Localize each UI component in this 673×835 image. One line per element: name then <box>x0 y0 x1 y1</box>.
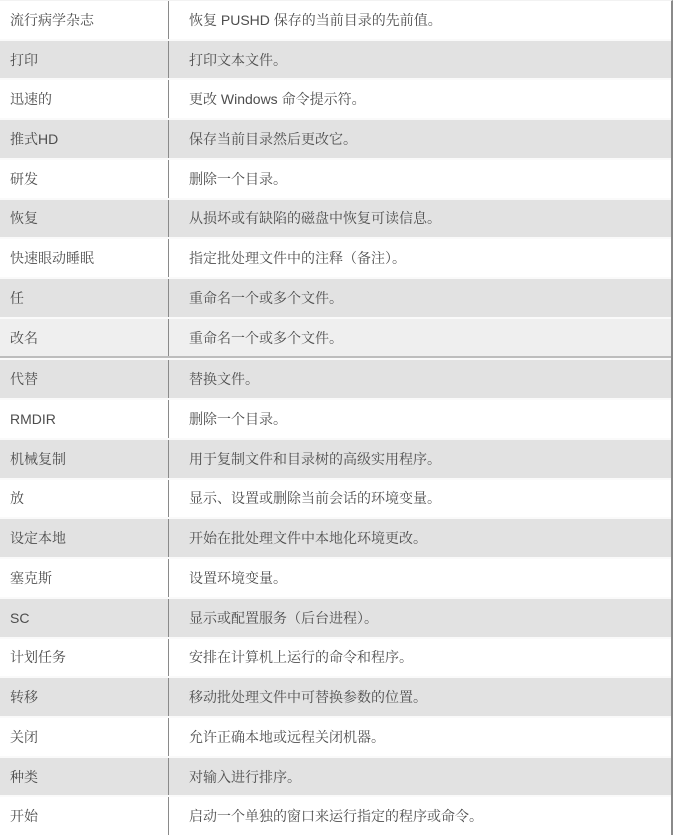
command-label: 开始 <box>10 806 38 826</box>
description-cell: 保存当前目录然后更改它。 <box>169 120 671 158</box>
description-label: 恢复 PUSHD 保存的当前目录的先前值。 <box>189 10 442 30</box>
description-label: 打印文本文件。 <box>189 50 287 70</box>
command-label: 设定本地 <box>10 528 66 548</box>
description-cell: 重命名一个或多个文件。 <box>169 319 671 357</box>
command-cell: 关闭 <box>0 718 169 756</box>
description-label: 显示或配置服务（后台进程）。 <box>189 608 378 628</box>
description-cell: 移动批处理文件中可替换参数的位置。 <box>169 678 671 716</box>
command-cell: 打印 <box>0 41 169 79</box>
table-row[interactable]: 种类 对输入进行排序。 <box>0 756 671 796</box>
description-label: 更改 Windows 命令提示符。 <box>189 89 366 109</box>
command-cell: 设定本地 <box>0 519 169 557</box>
command-label: 转移 <box>10 687 38 707</box>
table-row[interactable]: RMDIR 删除一个目录。 <box>0 398 671 438</box>
description-cell: 设置环境变量。 <box>169 559 671 597</box>
description-label: 设置环境变量。 <box>189 568 287 588</box>
command-label: 研发 <box>10 169 38 189</box>
command-cell: 塞克斯 <box>0 559 169 597</box>
description-cell: 允许正确本地或远程关闭机器。 <box>169 718 671 756</box>
command-label: 任 <box>10 288 24 308</box>
description-label: 用于复制文件和目录树的高级实用程序。 <box>189 449 441 469</box>
command-cell: 计划任务 <box>0 639 169 677</box>
table-row[interactable]: 代替 替换文件。 <box>0 358 671 398</box>
command-cell: 种类 <box>0 758 169 796</box>
table-row[interactable]: 塞克斯 设置环境变量。 <box>0 557 671 597</box>
description-label: 删除一个目录。 <box>189 169 287 189</box>
command-label: 塞克斯 <box>10 568 52 588</box>
description-cell: 更改 Windows 命令提示符。 <box>169 80 671 118</box>
description-label: 开始在批处理文件中本地化环境更改。 <box>189 528 427 548</box>
table-row[interactable]: 推式HD 保存当前目录然后更改它。 <box>0 118 671 158</box>
table-row[interactable]: 恢复 从损坏或有缺陷的磁盘中恢复可读信息。 <box>0 198 671 238</box>
description-label: 安排在计算机上运行的命令和程序。 <box>189 647 413 667</box>
description-cell: 显示或配置服务（后台进程）。 <box>169 599 671 637</box>
description-label: 重命名一个或多个文件。 <box>189 288 343 308</box>
command-cell: 转移 <box>0 678 169 716</box>
description-cell: 安排在计算机上运行的命令和程序。 <box>169 639 671 677</box>
table-row[interactable]: 研发 删除一个目录。 <box>0 158 671 198</box>
table-row[interactable]: 关闭 允许正确本地或远程关闭机器。 <box>0 716 671 756</box>
description-label: 从损坏或有缺陷的磁盘中恢复可读信息。 <box>189 208 441 228</box>
command-table: 流行病学杂志 恢复 PUSHD 保存的当前目录的先前值。 打印 打印文本文件。 … <box>0 0 673 835</box>
command-cell: 机械复制 <box>0 440 169 478</box>
table-row[interactable]: 迅速的 更改 Windows 命令提示符。 <box>0 78 671 118</box>
command-label: 关闭 <box>10 727 38 747</box>
command-label: 代替 <box>10 369 38 389</box>
command-cell: 研发 <box>0 160 169 198</box>
command-label: 放 <box>10 488 24 508</box>
command-label: 打印 <box>10 50 38 70</box>
description-label: 删除一个目录。 <box>189 409 287 429</box>
command-cell: 开始 <box>0 797 169 835</box>
description-label: 启动一个单独的窗口来运行指定的程序或命令。 <box>189 806 483 826</box>
command-cell: 流行病学杂志 <box>0 1 169 39</box>
description-label: 对输入进行排序。 <box>189 767 301 787</box>
command-label: 计划任务 <box>10 647 66 667</box>
command-cell: 恢复 <box>0 200 169 238</box>
command-cell: 推式HD <box>0 120 169 158</box>
table-row[interactable]: 机械复制 用于复制文件和目录树的高级实用程序。 <box>0 438 671 478</box>
command-label: 迅速的 <box>10 89 52 109</box>
description-label: 移动批处理文件中可替换参数的位置。 <box>189 687 427 707</box>
table-row[interactable]: 打印 打印文本文件。 <box>0 39 671 79</box>
command-label: 快速眼动睡眠 <box>10 248 94 268</box>
description-label: 显示、设置或删除当前会话的环境变量。 <box>189 488 441 508</box>
description-label: 替换文件。 <box>189 369 259 389</box>
table-row[interactable]: 开始 启动一个单独的窗口来运行指定的程序或命令。 <box>0 795 671 835</box>
command-label: 改名 <box>10 328 38 348</box>
command-label: 推式HD <box>10 129 58 149</box>
description-cell: 从损坏或有缺陷的磁盘中恢复可读信息。 <box>169 200 671 238</box>
table-row[interactable]: 快速眼动睡眠 指定批处理文件中的注释（备注）。 <box>0 237 671 277</box>
command-label: 种类 <box>10 767 38 787</box>
description-cell: 替换文件。 <box>169 360 671 398</box>
description-label: 允许正确本地或远程关闭机器。 <box>189 727 385 747</box>
table-row[interactable]: 设定本地 开始在批处理文件中本地化环境更改。 <box>0 517 671 557</box>
command-cell: 改名 <box>0 319 169 357</box>
description-cell: 用于复制文件和目录树的高级实用程序。 <box>169 440 671 478</box>
command-cell: 快速眼动睡眠 <box>0 239 169 277</box>
description-cell: 重命名一个或多个文件。 <box>169 279 671 317</box>
description-cell: 删除一个目录。 <box>169 400 671 438</box>
table-row[interactable]: 转移 移动批处理文件中可替换参数的位置。 <box>0 676 671 716</box>
command-cell: 迅速的 <box>0 80 169 118</box>
description-cell: 恢复 PUSHD 保存的当前目录的先前值。 <box>169 1 671 39</box>
command-label: 机械复制 <box>10 449 66 469</box>
description-label: 保存当前目录然后更改它。 <box>189 129 357 149</box>
command-cell: SC <box>0 599 169 637</box>
command-label: RMDIR <box>10 411 56 427</box>
description-cell: 开始在批处理文件中本地化环境更改。 <box>169 519 671 557</box>
command-label: 恢复 <box>10 208 38 228</box>
command-cell: RMDIR <box>0 400 169 438</box>
description-label: 指定批处理文件中的注释（备注）。 <box>189 248 406 268</box>
description-cell: 对输入进行排序。 <box>169 758 671 796</box>
command-label: SC <box>10 610 29 626</box>
command-label: 流行病学杂志 <box>10 10 94 30</box>
description-cell: 删除一个目录。 <box>169 160 671 198</box>
description-label: 重命名一个或多个文件。 <box>189 328 343 348</box>
table-row[interactable]: 放 显示、设置或删除当前会话的环境变量。 <box>0 478 671 518</box>
table-row-highlighted[interactable]: 改名 重命名一个或多个文件。 <box>0 317 671 359</box>
command-cell: 代替 <box>0 360 169 398</box>
command-cell: 任 <box>0 279 169 317</box>
description-cell: 显示、设置或删除当前会话的环境变量。 <box>169 480 671 518</box>
description-cell: 打印文本文件。 <box>169 41 671 79</box>
description-cell: 指定批处理文件中的注释（备注）。 <box>169 239 671 277</box>
command-cell: 放 <box>0 480 169 518</box>
table-row[interactable]: 任 重命名一个或多个文件。 <box>0 277 671 317</box>
table-row[interactable]: 流行病学杂志 恢复 PUSHD 保存的当前目录的先前值。 <box>0 1 671 39</box>
table-row[interactable]: 计划任务 安排在计算机上运行的命令和程序。 <box>0 637 671 677</box>
table-row[interactable]: SC 显示或配置服务（后台进程）。 <box>0 597 671 637</box>
description-cell: 启动一个单独的窗口来运行指定的程序或命令。 <box>169 797 671 835</box>
